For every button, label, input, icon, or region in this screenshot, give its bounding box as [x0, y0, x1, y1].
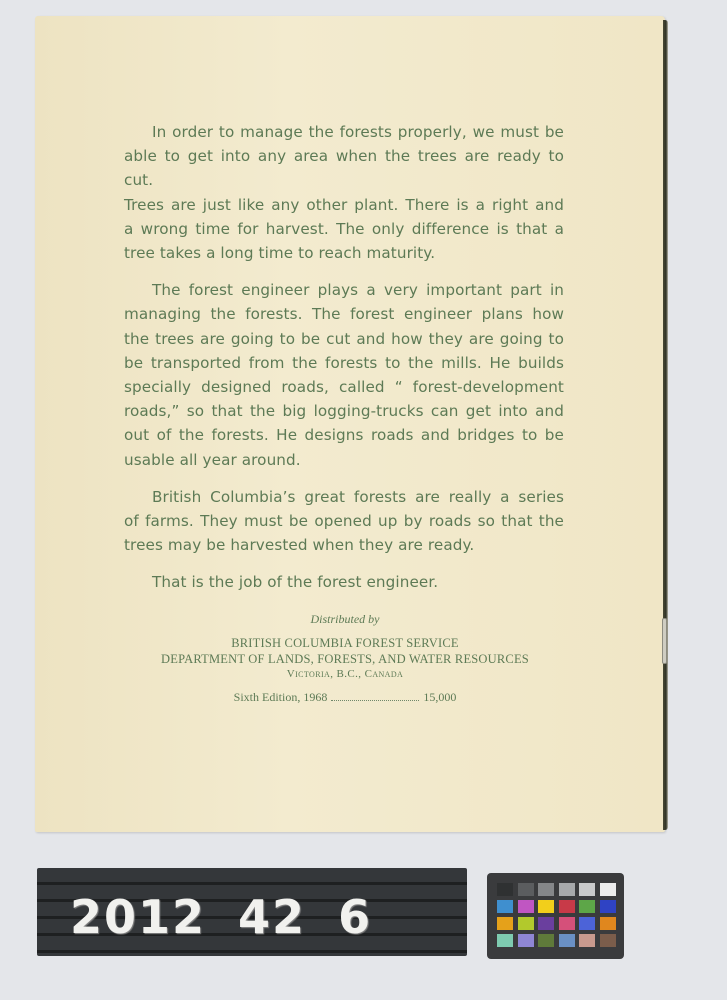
distributed-by-label: Distributed by — [120, 612, 570, 627]
color-swatch — [518, 917, 534, 930]
color-swatch — [600, 917, 616, 930]
color-swatch — [518, 883, 534, 896]
body-text: In order to manage the forests properly,… — [124, 120, 564, 608]
edition-text: Sixth Edition, 1968 — [234, 690, 328, 705]
organization-name: BRITISH COLUMBIA FOREST SERVICE — [120, 635, 570, 651]
text-line: roads,” so that the big logging-trucks c… — [124, 399, 564, 423]
text-line: British Columbia’s great forests are rea… — [124, 485, 564, 509]
page-spine-edge — [663, 20, 668, 830]
text-line: able to get into any area when the trees… — [124, 144, 564, 192]
color-swatch — [518, 900, 534, 913]
color-swatch — [538, 934, 554, 947]
department-name: DEPARTMENT OF LANDS, FORESTS, AND WATER … — [120, 651, 570, 667]
text-line: out of the forests. He designs roads and… — [124, 423, 564, 447]
text-line: be transported from the forests to the m… — [124, 351, 564, 375]
text-line: the trees are going to be cut and how th… — [124, 327, 564, 351]
color-swatch — [600, 900, 616, 913]
color-swatch — [559, 934, 575, 947]
color-swatch — [497, 900, 513, 913]
publication-location: Victoria, B.C., Canada — [120, 667, 570, 682]
color-swatch — [538, 917, 554, 930]
print-run: 15,000 — [423, 690, 456, 705]
color-swatch — [538, 883, 554, 896]
text-line: The forest engineer plays a very importa… — [124, 278, 564, 302]
text-line: Trees are just like any other plant. The… — [124, 193, 564, 217]
paragraph: British Columbia’s great forests are rea… — [124, 485, 564, 558]
text-line: specially designed roads, called “ fores… — [124, 375, 564, 399]
color-swatch — [518, 934, 534, 947]
color-swatch — [600, 934, 616, 947]
paragraph: The forest engineer plays a very importa… — [124, 278, 564, 472]
color-swatch — [600, 883, 616, 896]
color-checker-card — [487, 873, 624, 959]
color-swatch — [497, 883, 513, 896]
color-swatch — [579, 934, 595, 947]
edition-line: Sixth Edition, 1968 15,000 — [120, 690, 570, 705]
color-swatch — [559, 900, 575, 913]
paragraph: In order to manage the forests properly,… — [124, 120, 564, 265]
color-swatch — [579, 900, 595, 913]
text-line: a wrong time for harvest. The only diffe… — [124, 217, 564, 241]
color-swatch — [579, 883, 595, 896]
colophon: Distributed by BRITISH COLUMBIA FOREST S… — [120, 612, 570, 705]
text-line: In order to manage the forests properly,… — [124, 120, 564, 144]
color-swatch — [579, 917, 595, 930]
dot-leader — [331, 690, 419, 701]
color-swatch — [497, 934, 513, 947]
text-line: usable all year around. — [124, 448, 564, 472]
catalog-number: 2012 42 6 — [70, 890, 372, 944]
text-line: of farms. They must be opened up by road… — [124, 509, 564, 533]
color-swatch — [538, 900, 554, 913]
text-line: trees may be harvested when they are rea… — [124, 533, 564, 557]
text-line: tree takes a long time to reach maturity… — [124, 241, 564, 265]
text-line: That is the job of the forest engineer. — [124, 570, 564, 594]
color-swatch — [497, 917, 513, 930]
color-swatch — [559, 917, 575, 930]
text-line: managing the forests. The forest enginee… — [124, 302, 564, 326]
color-swatch — [559, 883, 575, 896]
paragraph: That is the job of the forest engineer. — [124, 570, 564, 594]
staple — [662, 618, 667, 664]
